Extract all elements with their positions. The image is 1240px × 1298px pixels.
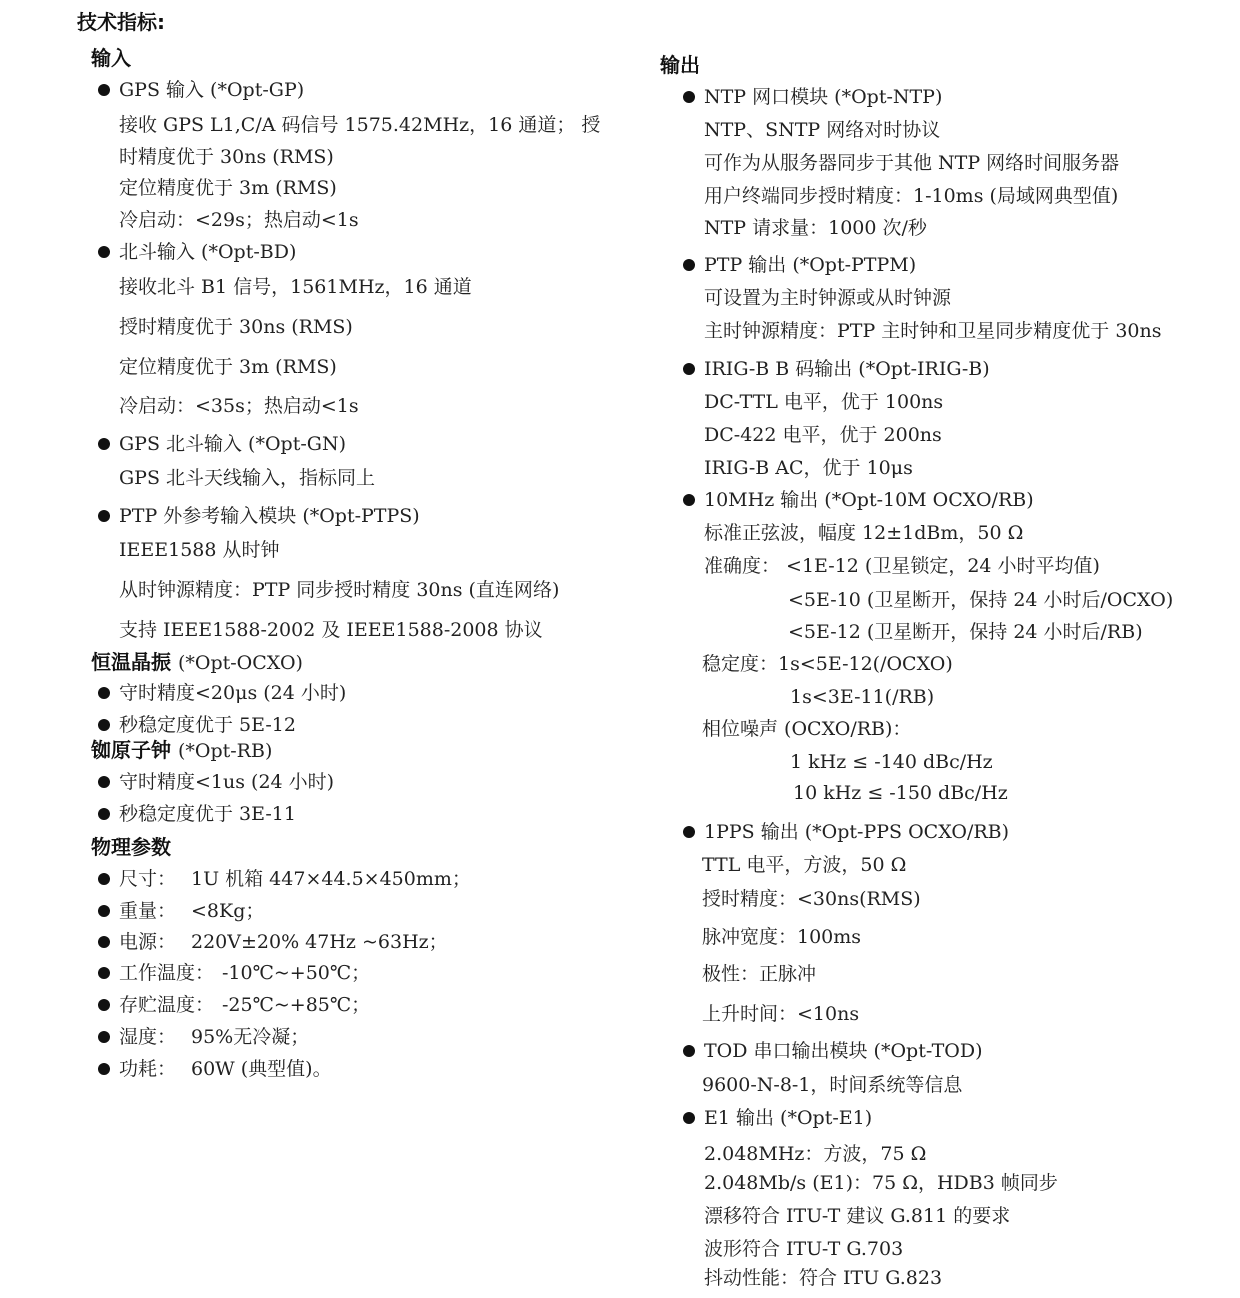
bullet-icon xyxy=(98,438,110,450)
physical-key: 存贮温度： xyxy=(119,993,214,1017)
e1-line: 波形符合 ITU-T G.703 xyxy=(704,1237,903,1261)
gps-line: 时精度优于 30ns (RMS) xyxy=(119,145,334,169)
e1-label: E1 输出 (*Opt-E1) xyxy=(704,1106,872,1130)
physical-value: -10℃~+50℃； xyxy=(222,961,370,985)
ntp-line: NTP、SNTP 网络对时协议 xyxy=(704,118,940,142)
physical-key: 功耗： xyxy=(119,1057,176,1081)
pps-line: 授时精度：<30ns(RMS) xyxy=(702,887,921,911)
tenmhz-line: 稳定度：1s<5E-12(/OCXO) xyxy=(702,652,953,676)
tod-line: 9600-N-8-1，时间系统等信息 xyxy=(702,1073,962,1097)
tenmhz-line: 准确度： <1E-12 (卫星锁定，24 小时平均值) xyxy=(704,554,1100,578)
bullet-icon xyxy=(98,719,110,731)
rb-option-code: (*Opt-RB) xyxy=(178,740,272,762)
tenmhz-line: <5E-10 (卫星断开，保持 24 小时后/OCXO) xyxy=(788,588,1173,612)
bullet-icon xyxy=(98,808,110,820)
e1-line: 漂移符合 ITU-T 建议 G.811 的要求 xyxy=(704,1204,1010,1228)
ntp-line: NTP 请求量：1000 次/秒 xyxy=(704,216,927,240)
bullet-icon xyxy=(683,259,695,271)
ptpm-label: PTP 输出 (*Opt-PTPM) xyxy=(704,253,916,277)
tod-label: TOD 串口输出模块 (*Opt-TOD) xyxy=(704,1039,983,1063)
tenmhz-line: <5E-12 (卫星断开，保持 24 小时后/RB) xyxy=(788,620,1143,644)
bullet-icon xyxy=(98,967,110,979)
bullet-icon xyxy=(98,246,110,258)
rb-heading-text: 铷原子钟 xyxy=(91,738,171,762)
tenmhz-line: 1s<3E-11(/RB) xyxy=(790,685,934,709)
pps-line: TTL 电平，方波，50 Ω xyxy=(702,853,906,877)
tenmhz-line: 标准正弦波，幅度 12±1dBm，50 Ω xyxy=(704,521,1023,545)
bd-label: 北斗输入 (*Opt-BD) xyxy=(119,240,296,264)
ocxo-heading-text: 恒温晶振 xyxy=(91,650,171,674)
ptpm-line: 可设置为主时钟源或从时钟源 xyxy=(704,286,951,310)
ntp-line: 用户终端同步授时精度：1-10ms (局域网典型值) xyxy=(704,184,1118,208)
bullet-icon xyxy=(683,91,695,103)
physical-value: <8Kg； xyxy=(191,899,264,923)
input-heading: 输入 xyxy=(91,46,131,70)
ntp-line: 可作为从服务器同步于其他 NTP 网络时间服务器 xyxy=(704,151,1119,175)
physical-value: 60W (典型值)。 xyxy=(191,1057,332,1081)
output-heading: 输出 xyxy=(660,53,700,77)
bullet-icon xyxy=(98,873,110,885)
bullet-icon xyxy=(98,776,110,788)
bullet-icon xyxy=(98,510,110,522)
physical-key: 尺寸： xyxy=(119,867,176,891)
gn-line: GPS 北斗天线输入，指标同上 xyxy=(119,466,375,490)
gps-label: GPS 输入 (*Opt-GP) xyxy=(119,78,304,102)
gps-line: 定位精度优于 3m (RMS) xyxy=(119,176,337,200)
ptps-line: 支持 IEEE1588-2002 及 IEEE1588-2008 协议 xyxy=(119,618,543,642)
ocxo-item: 秒稳定度优于 5E-12 xyxy=(119,713,296,737)
bullet-icon xyxy=(98,936,110,948)
ocxo-option-code: (*Opt-OCXO) xyxy=(178,652,303,674)
ptps-label: PTP 外参考输入模块 (*Opt-PTPS) xyxy=(119,504,420,528)
gps-line: 接收 GPS L1,C/A 码信号 1575.42MHz，16 通道； 授 xyxy=(119,113,600,137)
pps-line: 极性：正脉冲 xyxy=(702,962,816,986)
pps-line: 上升时间：<10ns xyxy=(702,1002,859,1026)
tenmhz-label: 10MHz 输出 (*Opt-10M OCXO/RB) xyxy=(704,488,1034,512)
physical-key: 工作温度： xyxy=(119,961,214,985)
bd-line: 授时精度优于 30ns (RMS) xyxy=(119,315,353,339)
ocxo-item: 守时精度<20μs (24 小时) xyxy=(119,681,346,705)
bd-line: 接收北斗 B1 信号，1561MHz，16 通道 xyxy=(119,275,472,299)
bullet-icon xyxy=(98,1063,110,1075)
bullet-icon xyxy=(683,1045,695,1057)
bullet-icon xyxy=(683,363,695,375)
physical-value: 1U 机箱 447×44.5×450mm； xyxy=(191,867,471,891)
e1-line: 2.048MHz：方波，75 Ω xyxy=(704,1142,926,1166)
physical-key: 重量： xyxy=(119,899,176,923)
e1-line: 抖动性能：符合 ITU G.823 xyxy=(704,1266,942,1290)
pps-line: 脉冲宽度：100ms xyxy=(702,925,861,949)
e1-line: 2.048Mb/s (E1)：75 Ω，HDB3 帧同步 xyxy=(704,1171,1058,1195)
rb-item: 秒稳定度优于 3E-11 xyxy=(119,802,296,826)
bullet-icon xyxy=(98,1031,110,1043)
physical-value: -25℃~+85℃； xyxy=(222,993,370,1017)
bd-line: 定位精度优于 3m (RMS) xyxy=(119,355,337,379)
ntp-label: NTP 网口模块 (*Opt-NTP) xyxy=(704,85,942,109)
physical-value: 220V±20% 47Hz ~63Hz； xyxy=(191,930,448,954)
gn-label: GPS 北斗输入 (*Opt-GN) xyxy=(119,432,346,456)
physical-key: 电源： xyxy=(119,930,176,954)
bullet-icon xyxy=(683,494,695,506)
pps-label: 1PPS 输出 (*Opt-PPS OCXO/RB) xyxy=(704,820,1009,844)
bullet-icon xyxy=(683,826,695,838)
rb-heading: 铷原子钟 (*Opt-RB) xyxy=(91,738,272,763)
bullet-icon xyxy=(98,905,110,917)
irig-line: DC-TTL 电平，优于 100ns xyxy=(704,390,943,414)
bullet-icon xyxy=(98,687,110,699)
ocxo-heading: 恒温晶振 (*Opt-OCXO) xyxy=(91,650,303,675)
bd-line: 冷启动：<35s；热启动<1s xyxy=(119,394,359,418)
physical-heading: 物理参数 xyxy=(91,835,171,859)
bullet-icon xyxy=(98,999,110,1011)
tenmhz-line: 10 kHz ≤ -150 dBc/Hz xyxy=(793,781,1008,805)
tenmhz-line: 相位噪声 (OCXO/RB)： xyxy=(702,717,911,741)
gps-line: 冷启动：<29s；热启动<1s xyxy=(119,208,359,232)
ptps-line: 从时钟源精度：PTP 同步授时精度 30ns (直连网络) xyxy=(119,578,559,602)
physical-key: 湿度： xyxy=(119,1025,176,1049)
ptps-line: IEEE1588 从时钟 xyxy=(119,538,280,562)
irig-line: DC-422 电平，优于 200ns xyxy=(704,423,942,447)
physical-value: 95%无冷凝； xyxy=(191,1025,309,1049)
rb-item: 守时精度<1us (24 小时) xyxy=(119,770,334,794)
bullet-icon xyxy=(683,1112,695,1124)
irig-line: IRIG-B AC，优于 10μs xyxy=(704,456,913,480)
ptpm-line: 主时钟源精度：PTP 主时钟和卫星同步精度优于 30ns xyxy=(704,319,1162,343)
page-title: 技术指标: xyxy=(77,10,165,34)
bullet-icon xyxy=(98,84,110,96)
irig-label: IRIG-B B 码输出 (*Opt-IRIG-B) xyxy=(704,357,990,381)
tenmhz-line: 1 kHz ≤ -140 dBc/Hz xyxy=(790,750,993,774)
